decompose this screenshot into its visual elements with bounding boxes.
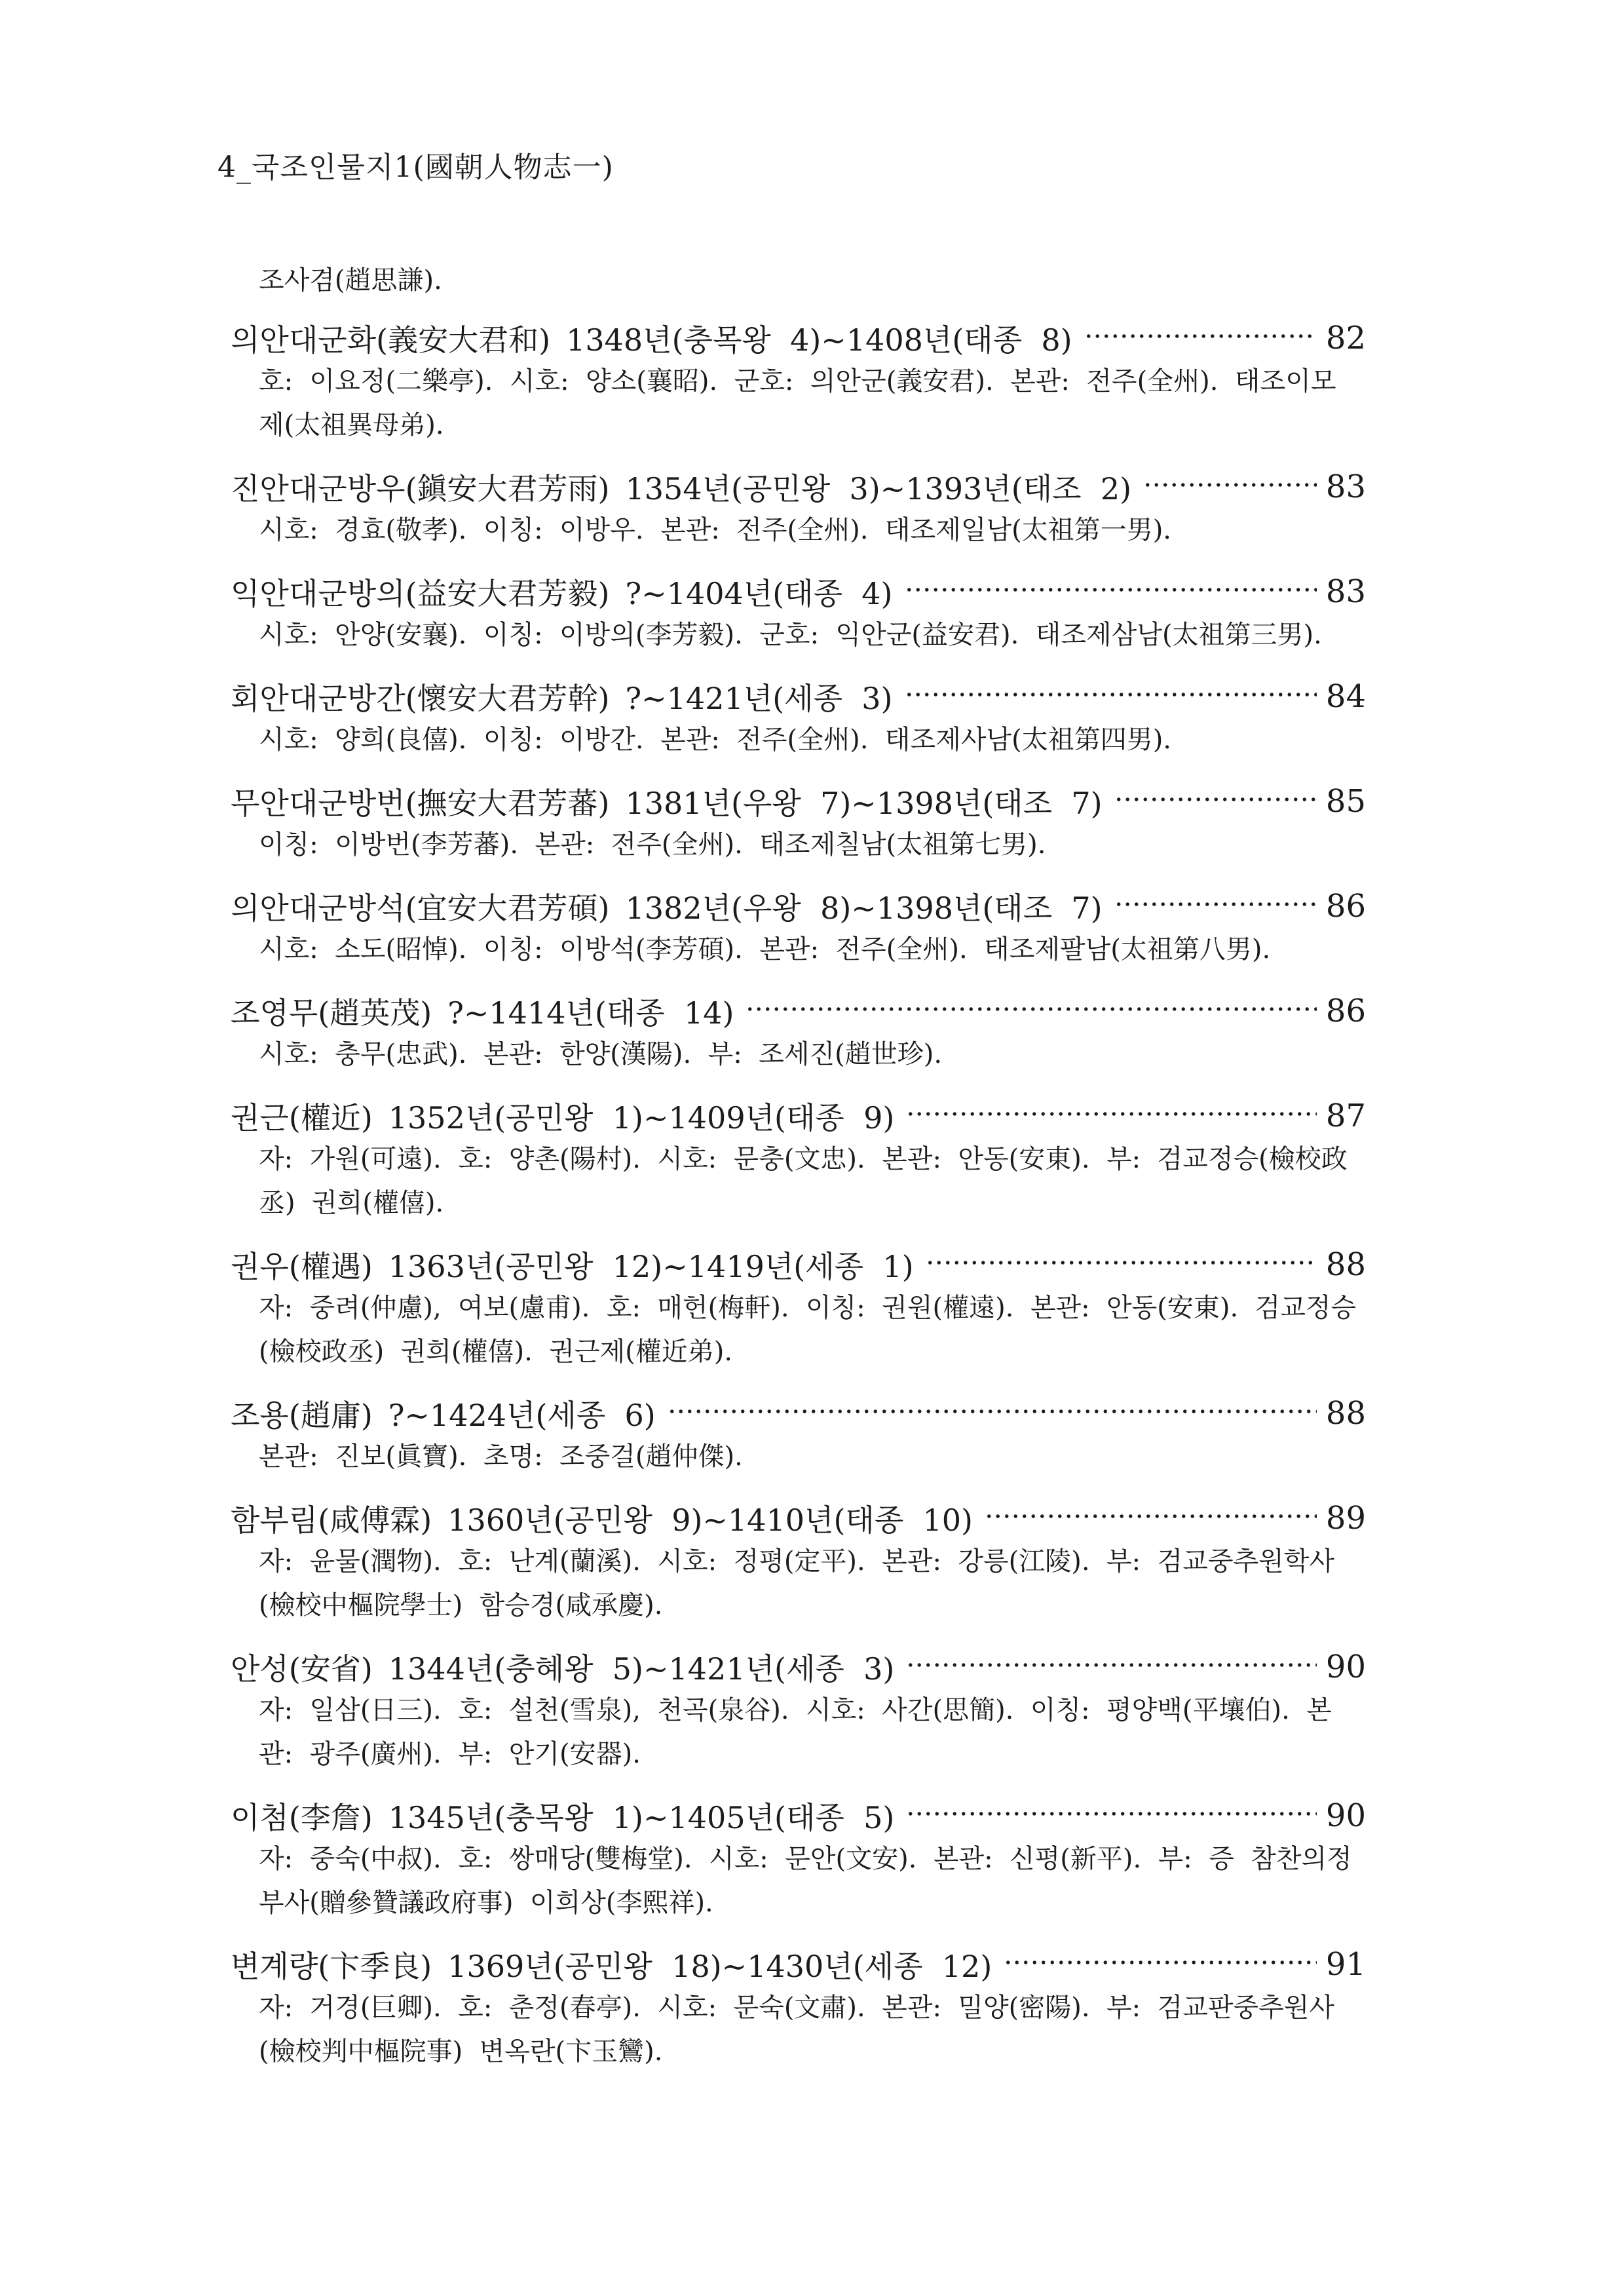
entry-heading: 조용(趙庸) ?~1424년(세종 6) 88 [231, 1391, 1366, 1435]
entry-name: 익안대군방의(益安大君芳毅) [231, 570, 610, 613]
entry-details: 시호: 경효(敬孝). 이칭: 이방우. 본관: 전주(全州). 태조제일남(太… [231, 508, 1366, 552]
entry-dates: ?~1424년(세종 6) [388, 1392, 656, 1435]
toc-entry: 이첨(李詹) 1345년(충목왕 1)~1405년(태종 5) 90 자: 중숙… [231, 1793, 1366, 1925]
entry-heading: 진안대군방우(鎭安大君芳雨) 1354년(공민왕 3)~1393년(태조 2) … [231, 465, 1366, 508]
toc-entry: 익안대군방의(益安大君芳毅) ?~1404년(태종 4) 83 시호: 안양(安… [231, 569, 1366, 657]
entry-heading: 권우(權遇) 1363년(공민왕 12)~1419년(세종 1) 88 [231, 1242, 1366, 1286]
entry-dates: 1345년(충목왕 1)~1405년(태종 5) [388, 1794, 895, 1837]
entry-heading: 의안대군화(義安大君和) 1348년(충목왕 4)~1408년(태종 8) 82 [231, 316, 1366, 360]
entry-page-number: 83 [1326, 573, 1366, 610]
entry-detail-line: 시호: 양희(良僖). 이칭: 이방간. 본관: 전주(全州). 태조제사남(太… [259, 718, 1366, 762]
entry-detail-line: 제(太祖異母弟). [259, 404, 1366, 448]
dot-leader [1004, 1947, 1317, 1978]
dot-leader [985, 1501, 1317, 1531]
entry-name: 권우(權遇) [231, 1243, 373, 1286]
entry-page-number: 91 [1326, 1946, 1366, 1983]
entry-dates: 1348년(충목왕 4)~1408년(태종 8) [566, 316, 1072, 360]
entry-heading: 의안대군방석(宜安大君芳碩) 1382년(우왕 8)~1398년(태조 7) 8… [231, 884, 1366, 928]
entry-page-number: 89 [1326, 1500, 1366, 1537]
entry-dates: 1381년(우왕 7)~1398년(태조 7) [626, 780, 1103, 823]
toc-entry: 변계량(卞季良) 1369년(공민왕 18)~1430년(세종 12) 91 자… [231, 1942, 1366, 2074]
entry-name: 회안대군방간(懷安大君芳幹) [231, 675, 610, 718]
entry-detail-line: 관: 광주(廣州). 부: 안기(安器). [259, 1732, 1366, 1776]
entry-name: 권근(權近) [231, 1094, 373, 1138]
entry-detail-line: 이칭: 이방번(李芳蕃). 본관: 전주(全州). 태조제칠남(太祖第七男). [259, 823, 1366, 867]
dot-leader [906, 1799, 1317, 1829]
toc-list: 의안대군화(義安大君和) 1348년(충목왕 4)~1408년(태종 8) 82… [231, 316, 1366, 2091]
entry-detail-line: 자: 거경(巨卿). 호: 춘정(春亭). 시호: 문숙(文肅). 본관: 밀양… [259, 1986, 1366, 2030]
entry-name: 변계량(卞季良) [231, 1943, 432, 1986]
toc-entry: 권우(權遇) 1363년(공민왕 12)~1419년(세종 1) 88 자: 중… [231, 1242, 1366, 1374]
intro-line: 조사겸(趙思謙). [259, 263, 442, 297]
entry-name: 무안대군방번(撫安大君芳蕃) [231, 780, 610, 823]
entry-details: 자: 가원(可遠). 호: 양촌(陽村). 시호: 문충(文忠). 본관: 안동… [231, 1138, 1366, 1225]
entry-dates: ?~1404년(태종 4) [626, 570, 893, 613]
entry-detail-line: 자: 중려(仲慮), 여보(慮甫). 호: 매헌(梅軒). 이칭: 권원(權遠)… [259, 1286, 1366, 1330]
entry-page-number: 88 [1326, 1395, 1366, 1432]
entry-page-number: 90 [1326, 1797, 1366, 1834]
entry-name: 조용(趙庸) [231, 1392, 373, 1435]
entry-heading: 조영무(趙英茂) ?~1414년(태종 14) 86 [231, 989, 1366, 1033]
toc-entry: 권근(權近) 1352년(공민왕 1)~1409년(태종 9) 87 자: 가원… [231, 1094, 1366, 1225]
entry-detail-line: 시호: 안양(安襄). 이칭: 이방의(李芳毅). 군호: 익안군(益安君). … [259, 613, 1366, 657]
entry-detail-line: 자: 윤물(潤物). 호: 난계(蘭溪). 시호: 정평(定平). 본관: 강릉… [259, 1540, 1366, 1584]
entry-dates: 1369년(공민왕 18)~1430년(세종 12) [447, 1943, 992, 1986]
entry-dates: 1354년(공민왕 3)~1393년(태조 2) [626, 465, 1132, 508]
toc-entry: 회안대군방간(懷安大君芳幹) ?~1421년(세종 3) 84 시호: 양희(良… [231, 674, 1366, 762]
dot-leader [1114, 784, 1317, 814]
entry-details: 호: 이요정(二樂亭). 시호: 양소(襄昭). 군호: 의안군(義安君). 본… [231, 360, 1366, 448]
toc-entry: 조용(趙庸) ?~1424년(세종 6) 88 본관: 진보(眞寶). 초명: … [231, 1391, 1366, 1479]
entry-heading: 변계량(卞季良) 1369년(공민왕 18)~1430년(세종 12) 91 [231, 1942, 1366, 1986]
dot-leader [926, 1248, 1317, 1278]
entry-heading: 무안대군방번(撫安大君芳蕃) 1381년(우왕 7)~1398년(태조 7) 8… [231, 779, 1366, 823]
entry-page-number: 85 [1326, 783, 1366, 820]
entry-page-number: 90 [1326, 1649, 1366, 1685]
entry-dates: ?~1421년(세종 3) [626, 675, 893, 718]
entry-page-number: 86 [1326, 993, 1366, 1029]
entry-detail-line: 자: 가원(可遠). 호: 양촌(陽村). 시호: 문충(文忠). 본관: 안동… [259, 1138, 1366, 1181]
entry-detail-line: 호: 이요정(二樂亭). 시호: 양소(襄昭). 군호: 의안군(義安君). 본… [259, 360, 1366, 404]
toc-entry: 의안대군화(義安大君和) 1348년(충목왕 4)~1408년(태종 8) 82… [231, 316, 1366, 448]
entry-page-number: 84 [1326, 678, 1366, 715]
dot-leader [668, 1396, 1317, 1426]
entry-details: 이칭: 이방번(李芳蕃). 본관: 전주(全州). 태조제칠남(太祖第七男). [231, 823, 1366, 867]
entry-heading: 함부림(咸傅霖) 1360년(공민왕 9)~1410년(태종 10) 89 [231, 1496, 1366, 1540]
entry-detail-line: (檢校中樞院學士) 함승경(咸承慶). [259, 1584, 1366, 1628]
entry-name: 조영무(趙英茂) [231, 989, 432, 1033]
page-header-title: 4_국조인물지1(國朝人物志一) [217, 149, 614, 186]
dot-leader [1143, 470, 1317, 500]
entry-detail-line: 부사(贈參贊議政府事) 이희상(李熙祥). [259, 1881, 1366, 1925]
entry-details: 시호: 안양(安襄). 이칭: 이방의(李芳毅). 군호: 익안군(益安君). … [231, 613, 1366, 657]
toc-entry: 조영무(趙英茂) ?~1414년(태종 14) 86 시호: 충무(忠武). 본… [231, 989, 1366, 1077]
toc-entry: 안성(安省) 1344년(충혜왕 5)~1421년(세종 3) 90 자: 일삼… [231, 1645, 1366, 1776]
entry-detail-line: 자: 일삼(日三). 호: 설천(雪泉), 천곡(泉谷). 시호: 사간(思簡)… [259, 1689, 1366, 1732]
entry-detail-line: 丞) 권희(權僖). [259, 1181, 1366, 1225]
entry-detail-line: 시호: 충무(忠武). 본관: 한양(漢陽). 부: 조세진(趙世珍). [259, 1033, 1366, 1077]
entry-detail-line: 시호: 소도(昭悼). 이칭: 이방석(李芳碩). 본관: 전주(全州). 태조… [259, 928, 1366, 972]
entry-heading: 익안대군방의(益安大君芳毅) ?~1404년(태종 4) 83 [231, 569, 1366, 613]
entry-detail-line: (檢校判中樞院事) 변옥란(卞玉鸞). [259, 2030, 1366, 2074]
entry-detail-line: 본관: 진보(眞寶). 초명: 조중걸(趙仲傑). [259, 1435, 1366, 1479]
dot-leader [906, 1650, 1317, 1680]
entry-name: 함부림(咸傅霖) [231, 1497, 432, 1540]
toc-entry: 의안대군방석(宜安大君芳碩) 1382년(우왕 8)~1398년(태조 7) 8… [231, 884, 1366, 972]
entry-page-number: 88 [1326, 1246, 1366, 1283]
entry-name: 의안대군화(義安大君和) [231, 316, 550, 360]
entry-dates: 1363년(공민왕 12)~1419년(세종 1) [388, 1243, 914, 1286]
toc-entry: 진안대군방우(鎭安大君芳雨) 1354년(공민왕 3)~1393년(태조 2) … [231, 465, 1366, 552]
entry-heading: 회안대군방간(懷安大君芳幹) ?~1421년(세종 3) 84 [231, 674, 1366, 718]
entry-page-number: 82 [1326, 320, 1366, 356]
toc-entry: 함부림(咸傅霖) 1360년(공민왕 9)~1410년(태종 10) 89 자:… [231, 1496, 1366, 1628]
entry-detail-line: 시호: 경효(敬孝). 이칭: 이방우. 본관: 전주(全州). 태조제일남(太… [259, 508, 1366, 552]
entry-details: 시호: 충무(忠武). 본관: 한양(漢陽). 부: 조세진(趙世珍). [231, 1033, 1366, 1077]
dot-leader [746, 994, 1316, 1024]
entry-details: 자: 윤물(潤物). 호: 난계(蘭溪). 시호: 정평(定平). 본관: 강릉… [231, 1540, 1366, 1628]
entry-heading: 안성(安省) 1344년(충혜왕 5)~1421년(세종 3) 90 [231, 1645, 1366, 1689]
entry-dates: 1360년(공민왕 9)~1410년(태종 10) [447, 1497, 973, 1540]
entry-dates: 1344년(충혜왕 5)~1421년(세종 3) [388, 1645, 895, 1689]
dot-leader [905, 575, 1317, 605]
entry-name: 의안대군방석(宜安大君芳碩) [231, 885, 610, 928]
entry-heading: 이첨(李詹) 1345년(충목왕 1)~1405년(태종 5) 90 [231, 1793, 1366, 1837]
dot-leader [1114, 889, 1317, 919]
entry-page-number: 83 [1326, 469, 1366, 505]
entry-page-number: 87 [1326, 1098, 1366, 1134]
entry-dates: 1352년(공민왕 1)~1409년(태종 9) [388, 1094, 895, 1138]
dot-leader [906, 1099, 1317, 1129]
entry-details: 자: 거경(巨卿). 호: 춘정(春亭). 시호: 문숙(文肅). 본관: 밀양… [231, 1986, 1366, 2074]
entry-details: 시호: 소도(昭悼). 이칭: 이방석(李芳碩). 본관: 전주(全州). 태조… [231, 928, 1366, 972]
entry-details: 본관: 진보(眞寶). 초명: 조중걸(趙仲傑). [231, 1435, 1366, 1479]
entry-dates: ?~1414년(태종 14) [447, 989, 734, 1033]
entry-name: 이첨(李詹) [231, 1794, 373, 1837]
entry-details: 자: 일삼(日三). 호: 설천(雪泉), 천곡(泉谷). 시호: 사간(思簡)… [231, 1689, 1366, 1776]
entry-name: 안성(安省) [231, 1645, 373, 1689]
entry-detail-line: 자: 중숙(中叔). 호: 쌍매당(雙梅堂). 시호: 문안(文安). 본관: … [259, 1837, 1366, 1881]
entry-heading: 권근(權近) 1352년(공민왕 1)~1409년(태종 9) 87 [231, 1094, 1366, 1138]
dot-leader [1084, 321, 1317, 351]
dot-leader [905, 679, 1317, 710]
entry-dates: 1382년(우왕 8)~1398년(태조 7) [626, 885, 1103, 928]
entry-details: 자: 중려(仲慮), 여보(慮甫). 호: 매헌(梅軒). 이칭: 권원(權遠)… [231, 1286, 1366, 1374]
entry-details: 시호: 양희(良僖). 이칭: 이방간. 본관: 전주(全州). 태조제사남(太… [231, 718, 1366, 762]
entry-details: 자: 중숙(中叔). 호: 쌍매당(雙梅堂). 시호: 문안(文安). 본관: … [231, 1837, 1366, 1925]
toc-entry: 무안대군방번(撫安大君芳蕃) 1381년(우왕 7)~1398년(태조 7) 8… [231, 779, 1366, 867]
entry-detail-line: (檢校政丞) 권희(權僖). 권근제(權近弟). [259, 1330, 1366, 1374]
entry-name: 진안대군방우(鎭安大君芳雨) [231, 465, 610, 508]
entry-page-number: 86 [1326, 888, 1366, 925]
